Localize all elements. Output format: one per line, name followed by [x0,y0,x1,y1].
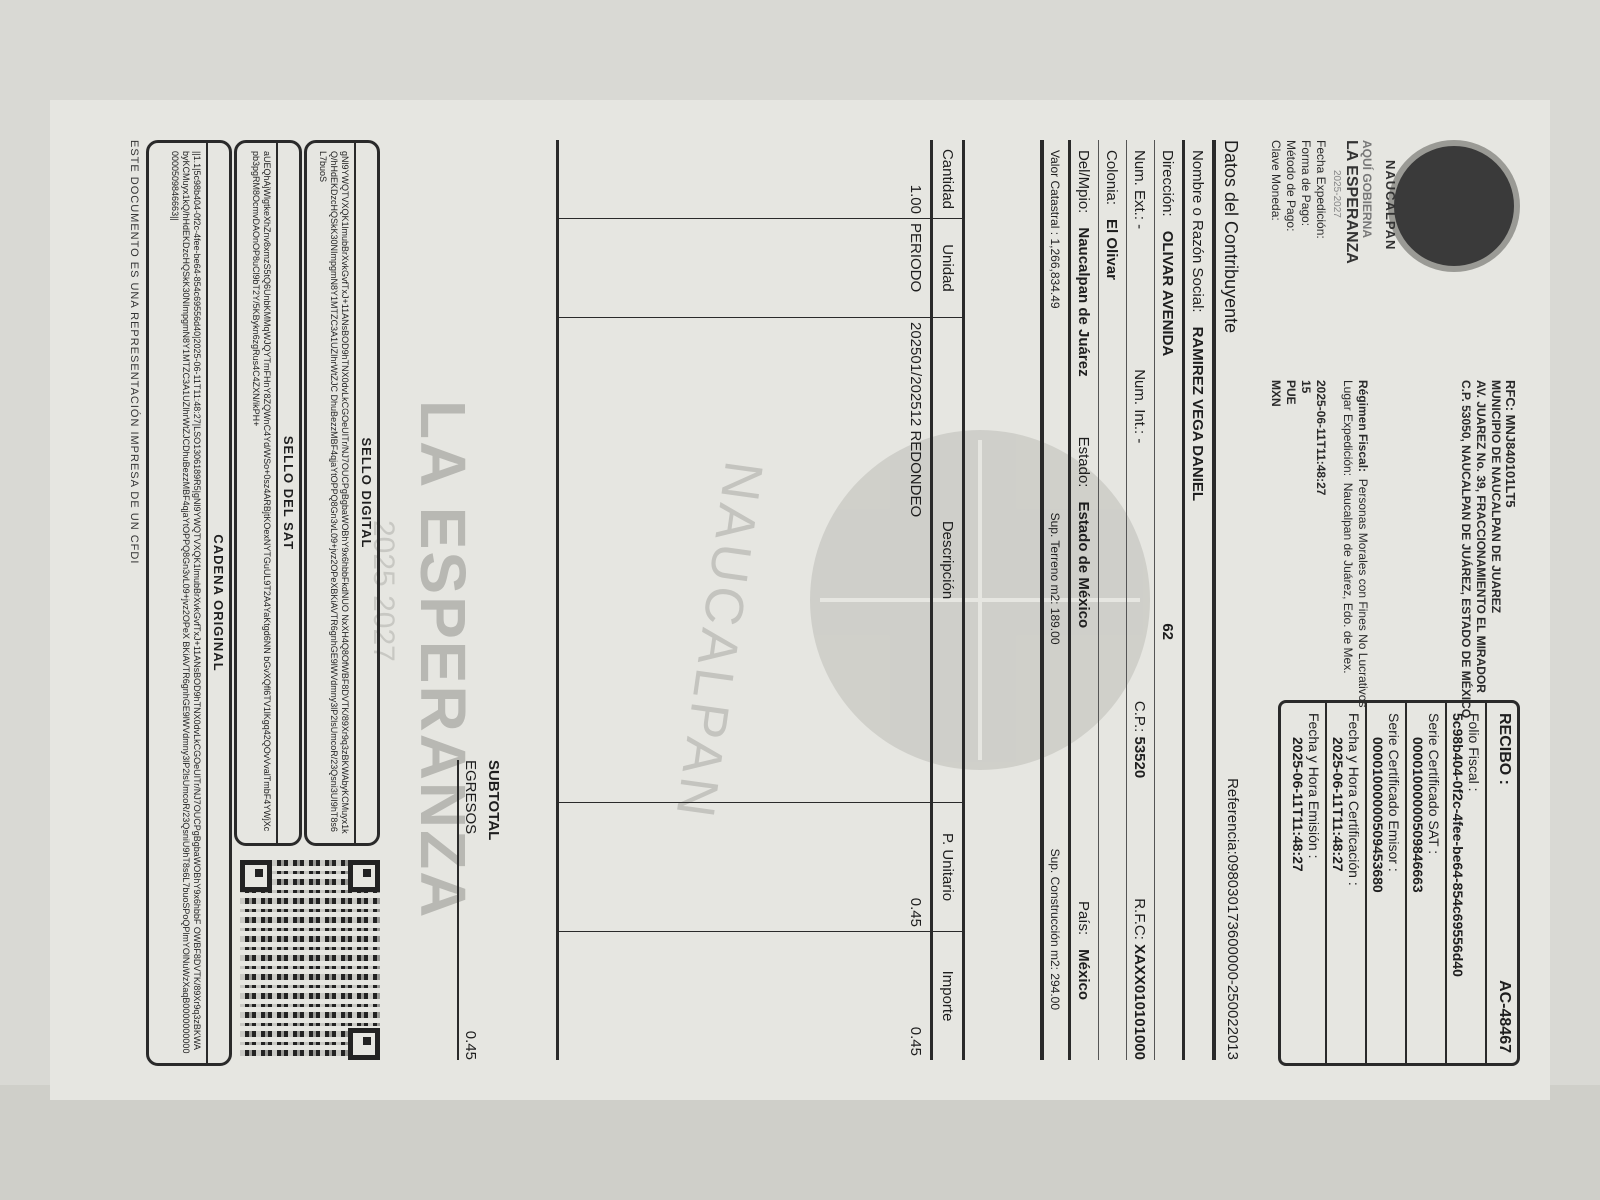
regimen-block: Régimen Fiscal: Personas Morales con Fin… [1340,380,1370,707]
colonia-value: El Olivar [1103,219,1120,280]
name-label: Nombre o Razón Social: [1189,150,1206,313]
property-row: Valor Catastral : 1,266,834.49 Sup. Terr… [1040,140,1068,1060]
num-ext: Num. Ext.: - [1131,150,1148,229]
forma-pago-label: Forma de Pago: [1298,140,1313,239]
metodo-pago-label: Método de Pago: [1283,140,1298,239]
taxpayer-section: Datos del Contribuyente Referencia:09803… [1040,140,1245,1060]
logo-label: NAUCALPAN [1383,160,1398,250]
qr-code-icon [240,860,380,1060]
taxpayer-name-row: Nombre o Razón Social: RAMIREZ VEGA DANI… [1182,140,1212,1060]
cell-importe: 0.45 [901,932,932,1061]
items-header-row: Cantidad Unidad Descripción P. Unitario … [932,140,963,1060]
sup-construccion: Sup. Construcción m2: 294.00 [1048,849,1062,1010]
sello-digital-box: SELLO DIGITAL gNl9YWQTVXQK1lmubBrXvkGvfT… [304,140,380,846]
cadena-original-box: CADENA ORIGINAL ||1.1|5c98b404-0f2c-4fee… [146,140,232,1066]
sello-sat-title: SELLO DEL SAT [276,143,299,843]
cert-emisor-value: 00001000000509453680 [1370,713,1386,1053]
brand-name: LA ESPERANZA [1342,140,1360,264]
direccion-value: OLIVAR AVENIDA [1159,231,1176,357]
col-cantidad: Cantidad [932,140,963,219]
receipt-title-label: RECIBO : [1495,713,1513,785]
cert-emisor-row: Serie Certificado Emisor : 0000100000050… [1367,703,1407,1063]
col-importe: Importe [932,932,963,1061]
cell-unidad: PERIODO [901,219,932,318]
receipt-number: AC-48467 [1495,980,1513,1053]
cadena-original-value: ||1.1|5c98b404-0f2c-4fee-be64-854c69556d… [165,143,206,1063]
sup-terreno: Sup. Terreno m2: 189.00 [1048,513,1062,645]
issuer-name: MUNICIPIO DE NAUCALPAN DE JUAREZ [1488,380,1503,718]
clave-moneda-value: MXN [1268,380,1283,495]
totals-block: SUBTOTAL EGRESOS 0.45 [457,760,505,1060]
num-int: Num. Int.: - [1131,369,1148,443]
brand-tagline: AQUÍ GOBIERNA [1360,140,1374,238]
lugar-label: Lugar Expedición: [1341,380,1355,476]
egresos-label: EGRESOS [462,760,479,834]
fiscal-meta-values: 2025-06-11T11:48:27 15 PUE MXN [1268,380,1328,495]
sello-digital-value: gNl9YWQTVXQK1lmubBrXvkGvfTxJ+11ANsBOD9hT… [313,143,354,843]
pais-label: País: [1075,901,1092,935]
egresos-value: 0.45 [462,1031,479,1060]
mpio-label: Del/Mpio: [1075,150,1092,213]
mpio-value: Naucalpan de Juárez [1075,227,1092,376]
referencia: Referencia:098030173600000-250022013 [1220,778,1241,1060]
taxpayer-section-title: Datos del Contribuyente [1220,140,1241,333]
qr-finder-icon [348,860,380,892]
fecha-cert-row: Fecha y Hora Certificación : 2025-06-11T… [1327,703,1367,1063]
items-table: Cantidad Unidad Descripción P. Unitario … [556,140,965,1060]
fiscal-meta-labels: Fecha Expedición: Forma de Pago: Método … [1268,140,1328,239]
rfc-label: R.F.C: [1131,898,1148,940]
cp-label: C.P.: [1131,701,1148,732]
cell-descripcion: 202501/202512 REDONDEO [901,318,932,803]
fecha-expedicion-value: 2025-06-11T11:48:27 [1313,380,1328,495]
fecha-cert-value: 2025-06-11T11:48:27 [1330,713,1346,1053]
direccion-label: Dirección: [1159,150,1176,217]
col-p-unitario: P. Unitario [932,803,963,932]
numbers-row: Num. Ext.: - Num. Int.: - C.P.: 53520 R.… [1126,140,1154,1060]
colonia-label: Colonia: [1103,150,1120,205]
issuer-rfc: RFC: MNJ840101LT5 [1503,380,1518,718]
qr-finder-icon [240,860,272,892]
cfdi-receipt-sheet: NAUCALPAN LA ESPERANZA 2025 2027 NAUCALP… [50,100,1550,1100]
forma-pago-value: 15 [1298,380,1313,495]
sello-sat-value: aUEQhAjWlgtkeXhZnv8xmzS5tQ6UnbKMMqWJQYTm… [246,143,276,843]
sello-sat-box: SELLO DEL SAT aUEQhAjWlgtkeXhZnv8xmzS5tQ… [234,140,302,846]
lugar-value: Naucalpan de Juárez, Edo. de Mex. [1341,483,1355,674]
fecha-emision-row: Fecha y Hora Emisión : 2025-06-11T11:48:… [1287,703,1327,1063]
address-row: Dirección: OLIVAR AVENIDA 62 [1154,140,1182,1060]
mpio-row: Del/Mpio: Naucalpan de Juárez Estado: Es… [1068,140,1098,1060]
fecha-emision-label: Fecha y Hora Emisión : [1306,713,1322,859]
colonia-row: Colonia: El Olivar [1098,140,1126,1060]
regimen-value: Personas Morales con Fines No Lucrativos [1356,479,1370,708]
pais-value: México [1075,949,1092,1000]
issuer-block: RFC: MNJ840101LT5 MUNICIPIO DE NAUCALPAN… [1458,380,1518,718]
cell-cantidad: 1.00 [901,140,932,219]
receipt-info-box: RECIBO : AC-48467 Folio Fiscal : 5c98b40… [1278,700,1520,1066]
brand-years: 2025-2027 [1331,170,1342,218]
cert-sat-label: Serie Certificado SAT : [1426,713,1442,854]
subtotal-label: SUBTOTAL [485,760,502,840]
col-descripcion: Descripción [932,318,963,803]
cert-sat-value: 00001000000509846663 [1410,713,1426,1053]
document-header: NAUCALPAN AQUÍ GOBIERNA LA ESPERANZA 202… [1270,140,1520,1060]
cert-sat-row: Serie Certificado SAT : 0000100000050984… [1407,703,1447,1063]
folio-fiscal-row: Folio Fiscal : 5c98b404-0f2c-4fee-be64-8… [1447,703,1487,1063]
municipal-seal-logo-icon [1388,140,1520,272]
rfc-value: XAXX010101000 [1131,944,1148,1060]
fecha-expedicion-label: Fecha Expedición: [1313,140,1328,239]
cert-emisor-label: Serie Certificado Emisor : [1386,713,1402,872]
valor-catastral: Valor Catastral : 1,266,834.49 [1048,150,1062,309]
cadena-original-title: CADENA ORIGINAL [206,143,229,1063]
sello-digital-title: SELLO DIGITAL [354,143,377,843]
receipt-title: RECIBO : AC-48467 [1495,713,1513,1053]
clave-moneda-label: Clave Moneda: [1268,140,1283,239]
estado-label: Estado: [1075,437,1092,488]
folio-fiscal-label: Folio Fiscal : [1466,713,1482,792]
taxpayer-title-row: Datos del Contribuyente Referencia:09803… [1212,140,1245,1060]
table-row: 1.00 PERIODO 202501/202512 REDONDEO 0.45… [901,140,932,1060]
issuer-address-1: AV. JUAREZ No. 39, FRACCIONAMIENTO EL MI… [1473,380,1488,718]
receipt-rows: Folio Fiscal : 5c98b404-0f2c-4fee-be64-8… [1287,703,1487,1063]
regimen-label: Régimen Fiscal: [1356,380,1370,472]
issuer-address-2: C.P. 53050, NAUCALPAN DE JUÁREZ, ESTADO … [1458,380,1473,718]
fecha-emision-value: 2025-06-11T11:48:27 [1290,713,1306,1053]
cell-p-unitario: 0.45 [901,803,932,932]
qr-finder-icon [348,1028,380,1060]
name-value: RAMIREZ VEGA DANIEL [1189,327,1206,501]
items-blank-area [558,140,902,1060]
metodo-pago-value: PUE [1283,380,1298,495]
subtotal-row: SUBTOTAL [482,760,505,1060]
cfdi-footer-note: ESTE DOCUMENTO ES UNA REPRESENTACIÓN IMP… [128,140,140,564]
table-surface [0,1085,1600,1200]
cp-value: 53520 [1131,737,1148,779]
direccion-num: 62 [1159,623,1176,640]
egresos-row: EGRESOS 0.45 [457,760,482,1060]
folio-fiscal-value: 5c98b404-0f2c-4fee-be64-854c69556d40 [1450,713,1466,1053]
col-unidad: Unidad [932,219,963,318]
estado-value: Estado de México [1075,501,1092,628]
fecha-cert-label: Fecha y Hora Certificación : [1346,713,1362,886]
